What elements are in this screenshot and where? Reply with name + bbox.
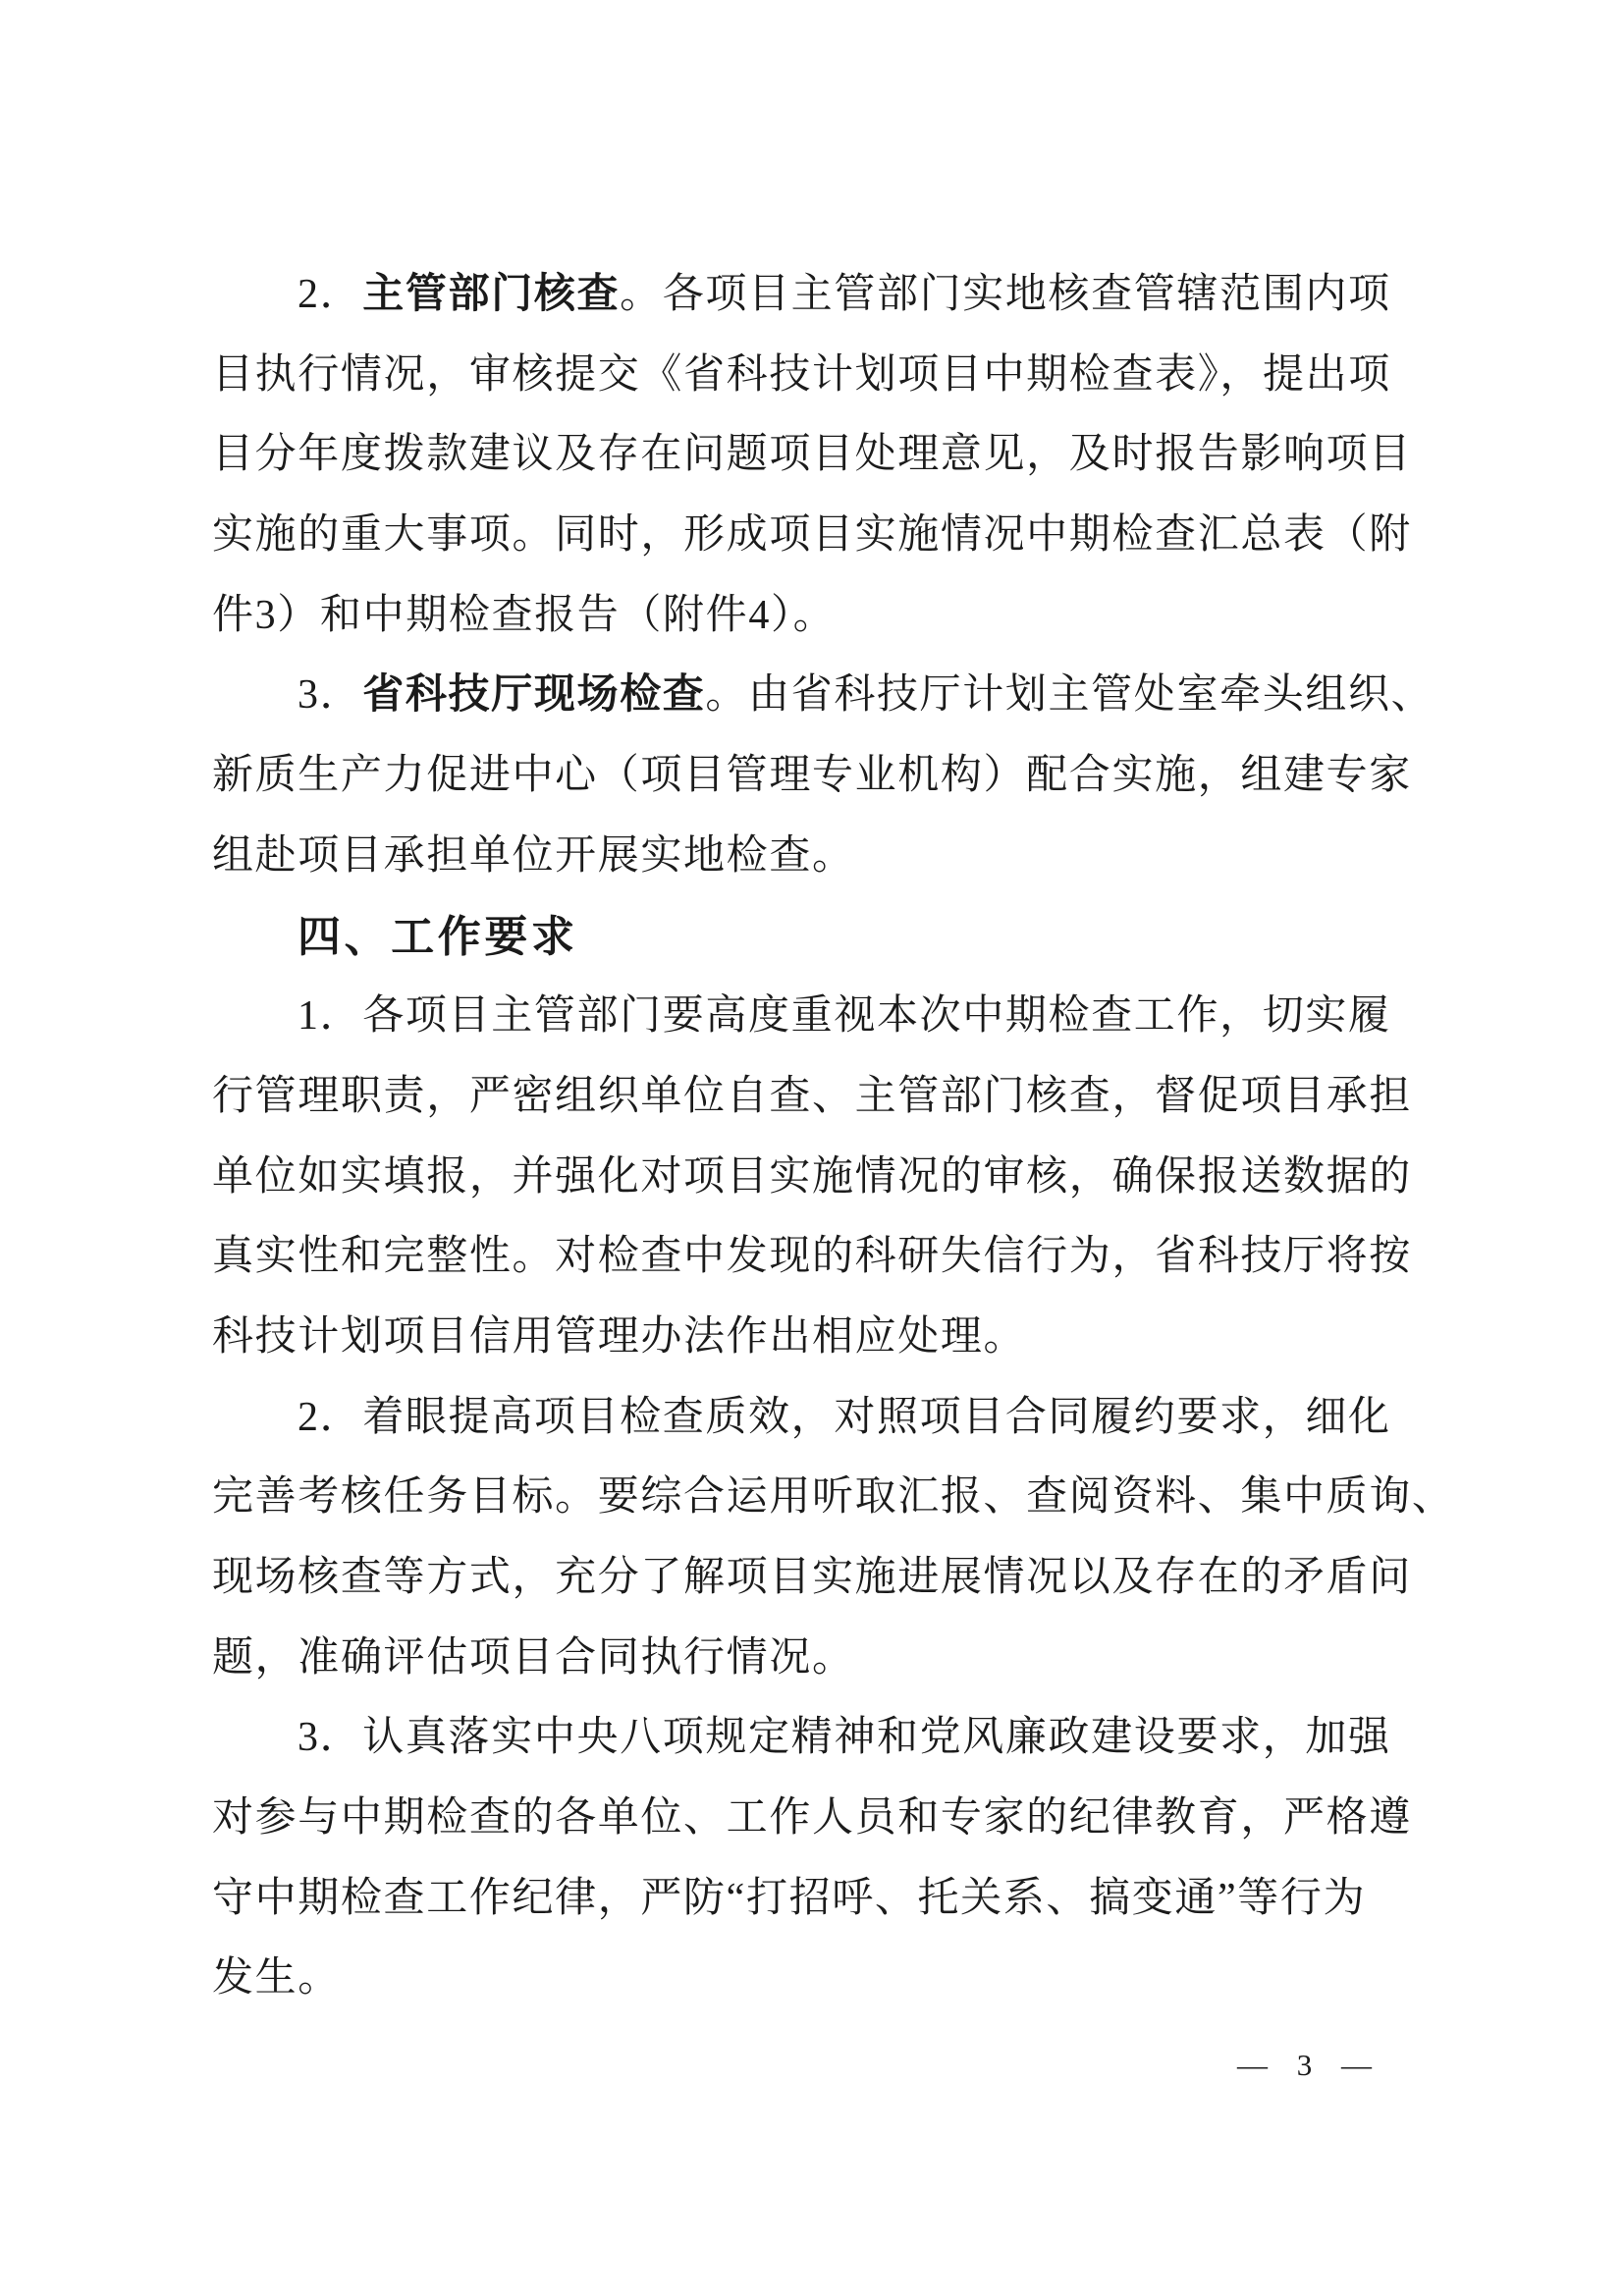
document-line: 1．各项目主管部门要高度重视本次中期检查工作，切实履 (212, 977, 1416, 1057)
document-line: 现场核查等方式，充分了解项目实施进展情况以及存在的矛盾问 (212, 1538, 1416, 1619)
body-text: 件3）和中期检查报告（附件4）。 (212, 593, 836, 638)
list-number: 3． (298, 672, 362, 718)
document-line: 真实性和完整性。对检查中发现的科研失信行为，省科技厅将按 (212, 1217, 1416, 1298)
body-text: 科技计划项目信用管理办法作出相应处理。 (212, 1314, 1026, 1360)
document-line: 目分年度拨款建议及存在问题项目处理意见，及时报告影响项目 (212, 415, 1416, 496)
body-text: 守中期检查工作纪律，严防“打招呼、托关系、搞变通”等行为 (212, 1876, 1366, 1921)
document-line: 实施的重大事项。同时，形成项目实施情况中期检查汇总表（附 (212, 496, 1416, 576)
document-line: 3．认真落实中央八项规定精神和党风廉政建设要求，加强 (212, 1698, 1416, 1779)
body-text: 目执行情况，审核提交《省科技计划项目中期检查表》，提出项 (212, 352, 1391, 398)
page-number: — 3 — (1237, 2048, 1372, 2083)
document-line: 2．主管部门核查。各项目主管部门实地核查管辖范围内项 (212, 255, 1416, 336)
body-text: 真实性和完整性。对检查中发现的科研失信行为，省科技厅将按 (212, 1234, 1412, 1279)
body-text: 新质生产力促进中心（项目管理专业机构）配合实施，组建专家 (212, 753, 1412, 798)
body-text: 实施的重大事项。同时，形成项目实施情况中期检查汇总表（附 (212, 512, 1412, 558)
document-line: 新质生产力促进中心（项目管理专业机构）配合实施，组建专家 (212, 736, 1416, 817)
body-text: 。各项目主管部门实地核查管辖范围内项 (620, 272, 1391, 317)
body-text: 目分年度拨款建议及存在问题项目处理意见，及时报告影响项目 (212, 432, 1412, 477)
body-text: 发生。 (212, 1955, 341, 2001)
document-line: 守中期检查工作纪律，严防“打招呼、托关系、搞变通”等行为 (212, 1859, 1416, 1940)
heading-text: 四、工作要求 (298, 913, 578, 961)
body-text: 3．认真落实中央八项规定精神和党风廉政建设要求，加强 (298, 1715, 1391, 1760)
body-text: 题，准确评估项目合同执行情况。 (212, 1635, 855, 1681)
document-body: 2．主管部门核查。各项目主管部门实地核查管辖范围内项 目执行情况，审核提交《省科… (212, 255, 1416, 2019)
bold-lead-in: 主管部门核查 (362, 272, 620, 317)
document-line: 组赴项目承担单位开展实地检查。 (212, 817, 1416, 897)
body-text: 对参与中期检查的各单位、工作人员和专家的纪律教育，严格遵 (212, 1795, 1412, 1841)
body-text: 1．各项目主管部门要高度重视本次中期检查工作，切实履 (298, 993, 1391, 1039)
body-text: 单位如实填报，并强化对项目实施情况的审核，确保报送数据的 (212, 1154, 1412, 1200)
document-line: 完善考核任务目标。要综合运用听取汇报、查阅资料、集中质询、 (212, 1458, 1416, 1538)
list-number: 2． (298, 272, 362, 317)
document-line: 单位如实填报，并强化对项目实施情况的审核，确保报送数据的 (212, 1138, 1416, 1218)
document-line: 件3）和中期检查报告（附件4）。 (212, 576, 1416, 657)
document-line: 目执行情况，审核提交《省科技计划项目中期检查表》，提出项 (212, 336, 1416, 416)
document-line: 3．省科技厅现场检查。由省科技厅计划主管处室牵头组织、 (212, 656, 1416, 736)
bold-lead-in: 省科技厅现场检查 (362, 672, 705, 718)
document-line: 发生。 (212, 1939, 1416, 2019)
page: 2．主管部门核查。各项目主管部门实地核查管辖范围内项 目执行情况，审核提交《省科… (0, 0, 1624, 2296)
body-text: 完善考核任务目标。要综合运用听取汇报、查阅资料、集中质询、 (212, 1474, 1455, 1520)
document-line: 2．着眼提高项目检查质效，对照项目合同履约要求，细化 (212, 1378, 1416, 1459)
document-line: 题，准确评估项目合同执行情况。 (212, 1619, 1416, 1699)
document-line: 对参与中期检查的各单位、工作人员和专家的纪律教育，严格遵 (212, 1779, 1416, 1859)
document-line: 科技计划项目信用管理办法作出相应处理。 (212, 1298, 1416, 1378)
body-text: 2．着眼提高项目检查质效，对照项目合同履约要求，细化 (298, 1395, 1391, 1440)
body-text: 。由省科技厅计划主管处室牵头组织、 (705, 672, 1434, 718)
body-text: 组赴项目承担单位开展实地检查。 (212, 833, 855, 879)
body-text: 行管理职责，严密组织单位自查、主管部门核查，督促项目承担 (212, 1074, 1412, 1119)
body-text: 现场核查等方式，充分了解项目实施进展情况以及存在的矛盾问 (212, 1555, 1412, 1600)
section-heading: 四、工作要求 (212, 897, 1416, 978)
document-line: 行管理职责，严密组织单位自查、主管部门核查，督促项目承担 (212, 1057, 1416, 1138)
